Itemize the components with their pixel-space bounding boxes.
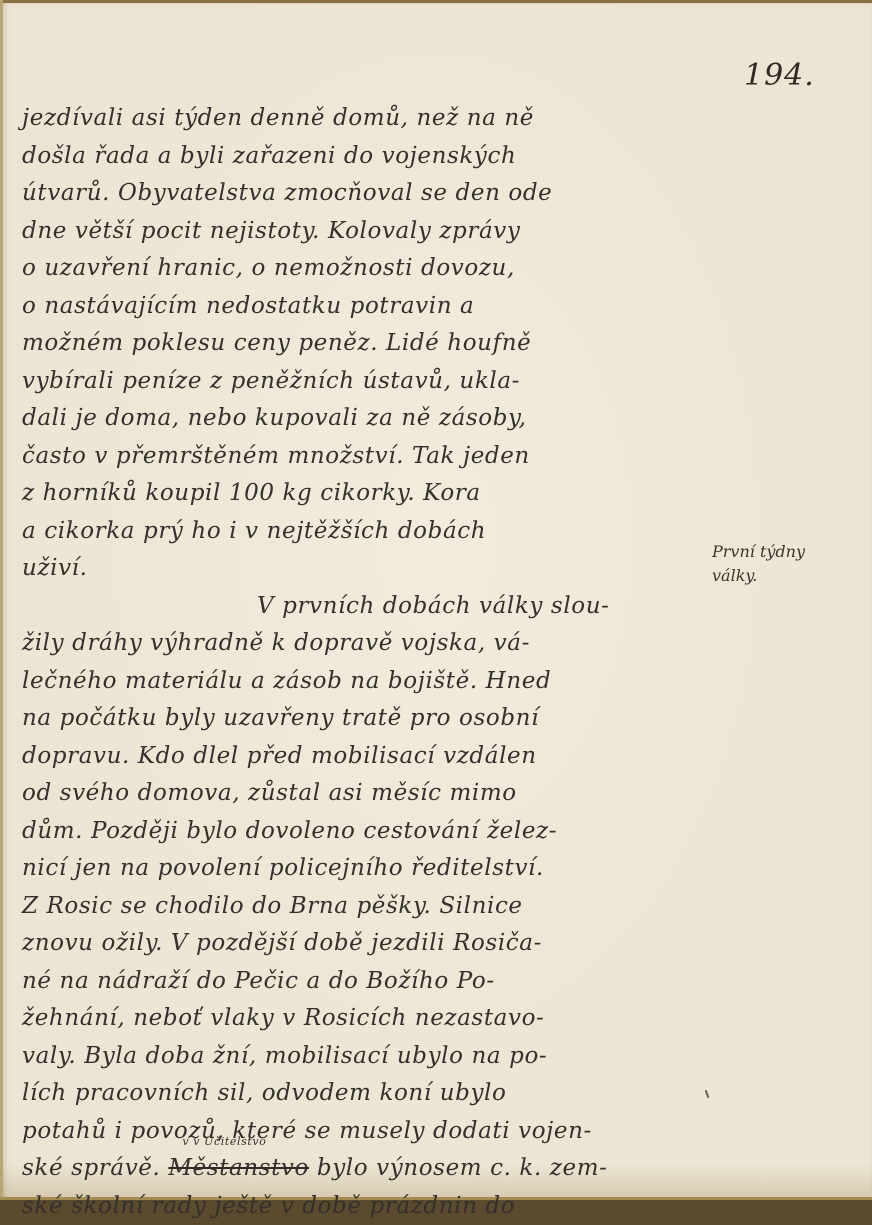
- text-line: dopravu. Kdo dlel před mobilisací vzdále…: [22, 738, 682, 776]
- text-line: od svého domova, zůstal asi měsíc mimo: [22, 775, 682, 813]
- paragraph-start-line: V prvních dobách války slou-: [22, 588, 682, 626]
- text-line: možném poklesu ceny peněz. Lidé houfně: [22, 325, 682, 363]
- struck-word: Městanstvo: [168, 1155, 309, 1181]
- text-line: dům. Později bylo dovoleno cestování žel…: [22, 813, 682, 851]
- text-line: žily dráhy výhradně k dopravě vojska, vá…: [22, 625, 682, 663]
- corrected-text-line: ské správě. v v Učitelstvo Městanstvo by…: [22, 1150, 682, 1188]
- ink-mark: [705, 1090, 710, 1098]
- manuscript-page: 194. jezdívali asi týden denně domů, než…: [0, 0, 872, 1200]
- margin-note: První týdny války.: [712, 540, 862, 588]
- correction: v v Učitelstvo Městanstvo: [168, 1150, 309, 1188]
- text-line: ské školní rady ještě v době prázdnin do: [22, 1188, 682, 1201]
- text-line: na počátku byly uzavřeny tratě pro osobn…: [22, 700, 682, 738]
- text-line: došla řada a byli zařazeni do vojenských: [22, 138, 682, 176]
- text-line: vybírali peníze z peněžních ústavů, ukla…: [22, 363, 682, 401]
- text-line: o uzavření hranic, o nemožnosti dovozu,: [22, 250, 682, 288]
- handwritten-body: jezdívali asi týden denně domů, než na n…: [22, 100, 682, 1200]
- text-line: o nastávajícím nedostatku potravin a: [22, 288, 682, 326]
- page-top-edge: [0, 0, 872, 3]
- text-line: valy. Byla doba žní, mobilisací ubylo na…: [22, 1038, 682, 1076]
- text-line: Z Rosic se chodilo do Brna pěšky. Silnic…: [22, 888, 682, 926]
- text-line: z horníků koupil 100 kg cikorky. Kora: [22, 475, 682, 513]
- text-line: jezdívali asi týden denně domů, než na n…: [22, 100, 682, 138]
- text-line: znovu ožily. V pozdější době jezdili Ros…: [22, 925, 682, 963]
- margin-note-line: války.: [712, 564, 862, 588]
- text-line: né na nádraží do Pečic a do Božího Po-: [22, 963, 682, 1001]
- page-number: 194.: [744, 58, 815, 93]
- text-line: lečného materiálu a zásob na bojiště. Hn…: [22, 663, 682, 701]
- text-line: útvarů. Obyvatelstva zmocňoval se den od…: [22, 175, 682, 213]
- text-line: potahů i povozů, které se musely dodati …: [22, 1113, 682, 1151]
- text-line: lích pracovních sil, odvodem koní ubylo: [22, 1075, 682, 1113]
- inserted-correction: v v Učitelstvo: [182, 1136, 266, 1148]
- text-line: dali je doma, nebo kupovali za ně zásoby…: [22, 400, 682, 438]
- page-left-edge: [0, 0, 3, 1200]
- text-line: žehnání, neboť vlaky v Rosicích nezastav…: [22, 1000, 682, 1038]
- line-start: ské správě.: [22, 1155, 160, 1181]
- text-line: nicí jen na povolení policejního ředitel…: [22, 850, 682, 888]
- line-end: bylo výnosem c. k. zem-: [317, 1155, 608, 1181]
- text-line: dne větší pocit nejistoty. Kolovaly zprá…: [22, 213, 682, 251]
- text-line: uživí.: [22, 550, 682, 588]
- text-line: často v přemrštěném množství. Tak jeden: [22, 438, 682, 476]
- margin-note-line: První týdny: [712, 540, 862, 564]
- text-line: a cikorka prý ho i v nejtěžších dobách: [22, 513, 682, 551]
